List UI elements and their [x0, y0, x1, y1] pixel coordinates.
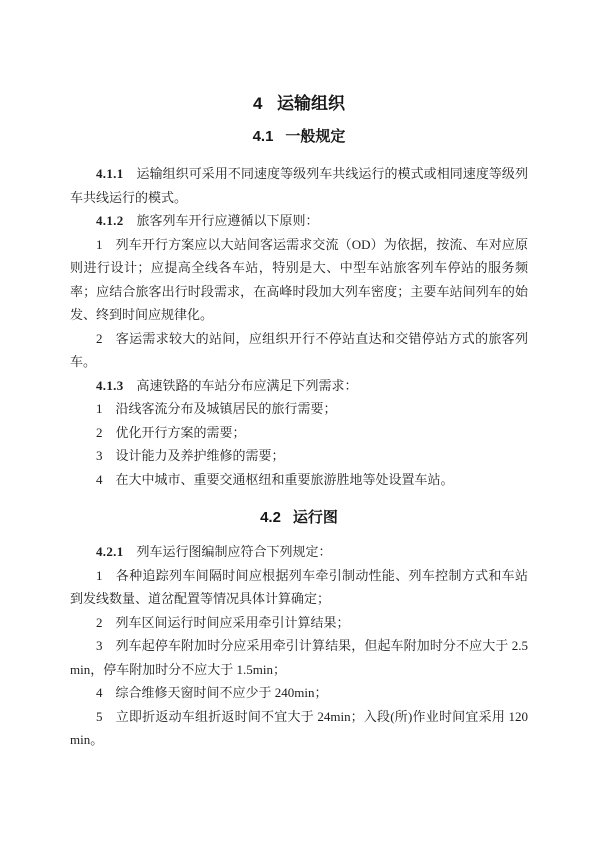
- item-number: 3: [96, 638, 103, 653]
- clause-text: 列车运行图编制应符合下列规定：: [137, 544, 332, 559]
- document-body: 4.1一般规定 4.1.1运输组织可采用不同速度等级列车共线运行的模式或相同速度…: [70, 127, 528, 752]
- list-item-paragraph: 3设计能力及养护维修的需要；: [70, 444, 528, 468]
- section-heading: 4.1一般规定: [70, 127, 528, 147]
- item-text: 列车区间运行时间应采用牵引计算结果；: [116, 615, 350, 630]
- clause-number: 4.1.2: [96, 213, 124, 228]
- clause-number: 4.2.1: [96, 544, 124, 559]
- list-item-paragraph: 1列车开行方案应以大站间客运需求交流（OD）为依据，按流、车对应原则进行设计；应…: [70, 233, 528, 327]
- section: 4.1一般规定 4.1.1运输组织可采用不同速度等级列车共线运行的模式或相同速度…: [70, 127, 528, 491]
- chapter-title: 运输组织: [277, 94, 345, 113]
- item-text: 优化开行方案的需要；: [116, 425, 246, 440]
- section-title: 一般规定: [285, 128, 345, 145]
- section-number: 4.2: [260, 509, 281, 526]
- clause-number: 4.1.3: [96, 378, 124, 393]
- chapter-number: 4: [253, 94, 262, 113]
- clause-paragraph: 4.1.3高速铁路的车站分布应满足下列需求：: [70, 374, 528, 398]
- item-text: 客运需求较大的站间，应组织开行不停站直达和交错停站方式的旅客列车。: [70, 331, 528, 370]
- item-text: 立即折返动车组折返时间不宜大于 24min；入段(所)作业时间宜采用 120mi…: [70, 709, 528, 748]
- item-text: 在大中城市、重要交通枢纽和重要旅游胜地等处设置车站。: [116, 472, 454, 487]
- document-page: 4运输组织 4.1一般规定 4.1.1运输组织可采用不同速度等级列车共线运行的模…: [0, 0, 600, 850]
- item-text: 列车起停车附加时分应采用牵引计算结果，但起车附加时分不应大于 2.5min，停车…: [70, 638, 528, 677]
- list-item-paragraph: 5立即折返动车组折返时间不宜大于 24min；入段(所)作业时间宜采用 120m…: [70, 705, 528, 752]
- item-number: 2: [96, 425, 103, 440]
- list-item-paragraph: 4综合维修天窗时间不应少于 240min；: [70, 681, 528, 705]
- list-item-paragraph: 1各种追踪列车间隔时间应根据列车牵引制动性能、列车控制方式和车站到发线数量、道岔…: [70, 564, 528, 611]
- list-item-paragraph: 2客运需求较大的站间，应组织开行不停站直达和交错停站方式的旅客列车。: [70, 327, 528, 374]
- item-number: 1: [96, 568, 103, 583]
- clause-number: 4.1.1: [96, 166, 124, 181]
- item-number: 5: [96, 709, 103, 724]
- item-number: 3: [96, 448, 103, 463]
- list-item-paragraph: 1沿线客流分布及城镇居民的旅行需要；: [70, 397, 528, 421]
- clause-text: 旅客列车开行应遵循以下原则：: [137, 213, 319, 228]
- list-item-paragraph: 2列车区间运行时间应采用牵引计算结果；: [70, 611, 528, 635]
- section-heading: 4.2运行图: [70, 508, 528, 528]
- item-text: 各种追踪列车间隔时间应根据列车牵引制动性能、列车控制方式和车站到发线数量、道岔配…: [70, 568, 528, 607]
- item-number: 1: [96, 237, 103, 252]
- section-number: 4.1: [253, 128, 274, 145]
- section-title: 运行图: [293, 509, 338, 526]
- item-number: 2: [96, 331, 103, 346]
- clause-paragraph: 4.1.1运输组织可采用不同速度等级列车共线运行的模式或相同速度等级列车共线运行…: [70, 162, 528, 209]
- clause-paragraph: 4.1.2旅客列车开行应遵循以下原则：: [70, 209, 528, 233]
- item-text: 设计能力及养护维修的需要；: [116, 448, 285, 463]
- item-text: 综合维修天窗时间不应少于 240min；: [116, 685, 328, 700]
- clause-paragraph: 4.2.1列车运行图编制应符合下列规定：: [70, 540, 528, 564]
- list-item-paragraph: 4在大中城市、重要交通枢纽和重要旅游胜地等处设置车站。: [70, 468, 528, 492]
- item-number: 4: [96, 472, 103, 487]
- section: 4.2运行图 4.2.1列车运行图编制应符合下列规定： 1各种追踪列车间隔时间应…: [70, 508, 528, 752]
- section-blocks: 4.1.1运输组织可采用不同速度等级列车共线运行的模式或相同速度等级列车共线运行…: [70, 162, 528, 491]
- section-blocks: 4.2.1列车运行图编制应符合下列规定： 1各种追踪列车间隔时间应根据列车牵引制…: [70, 540, 528, 752]
- item-number: 2: [96, 615, 103, 630]
- item-text: 沿线客流分布及城镇居民的旅行需要；: [116, 401, 337, 416]
- item-number: 1: [96, 401, 103, 416]
- list-item-paragraph: 3列车起停车附加时分应采用牵引计算结果，但起车附加时分不应大于 2.5min，停…: [70, 634, 528, 681]
- clause-text: 运输组织可采用不同速度等级列车共线运行的模式或相同速度等级列车共线运行的模式。: [70, 166, 528, 205]
- item-text: 列车开行方案应以大站间客运需求交流（OD）为依据，按流、车对应原则进行设计；应提…: [70, 237, 528, 323]
- clause-text: 高速铁路的车站分布应满足下列需求：: [137, 378, 358, 393]
- chapter-heading: 4运输组织: [70, 94, 528, 114]
- list-item-paragraph: 2优化开行方案的需要；: [70, 421, 528, 445]
- item-number: 4: [96, 685, 103, 700]
